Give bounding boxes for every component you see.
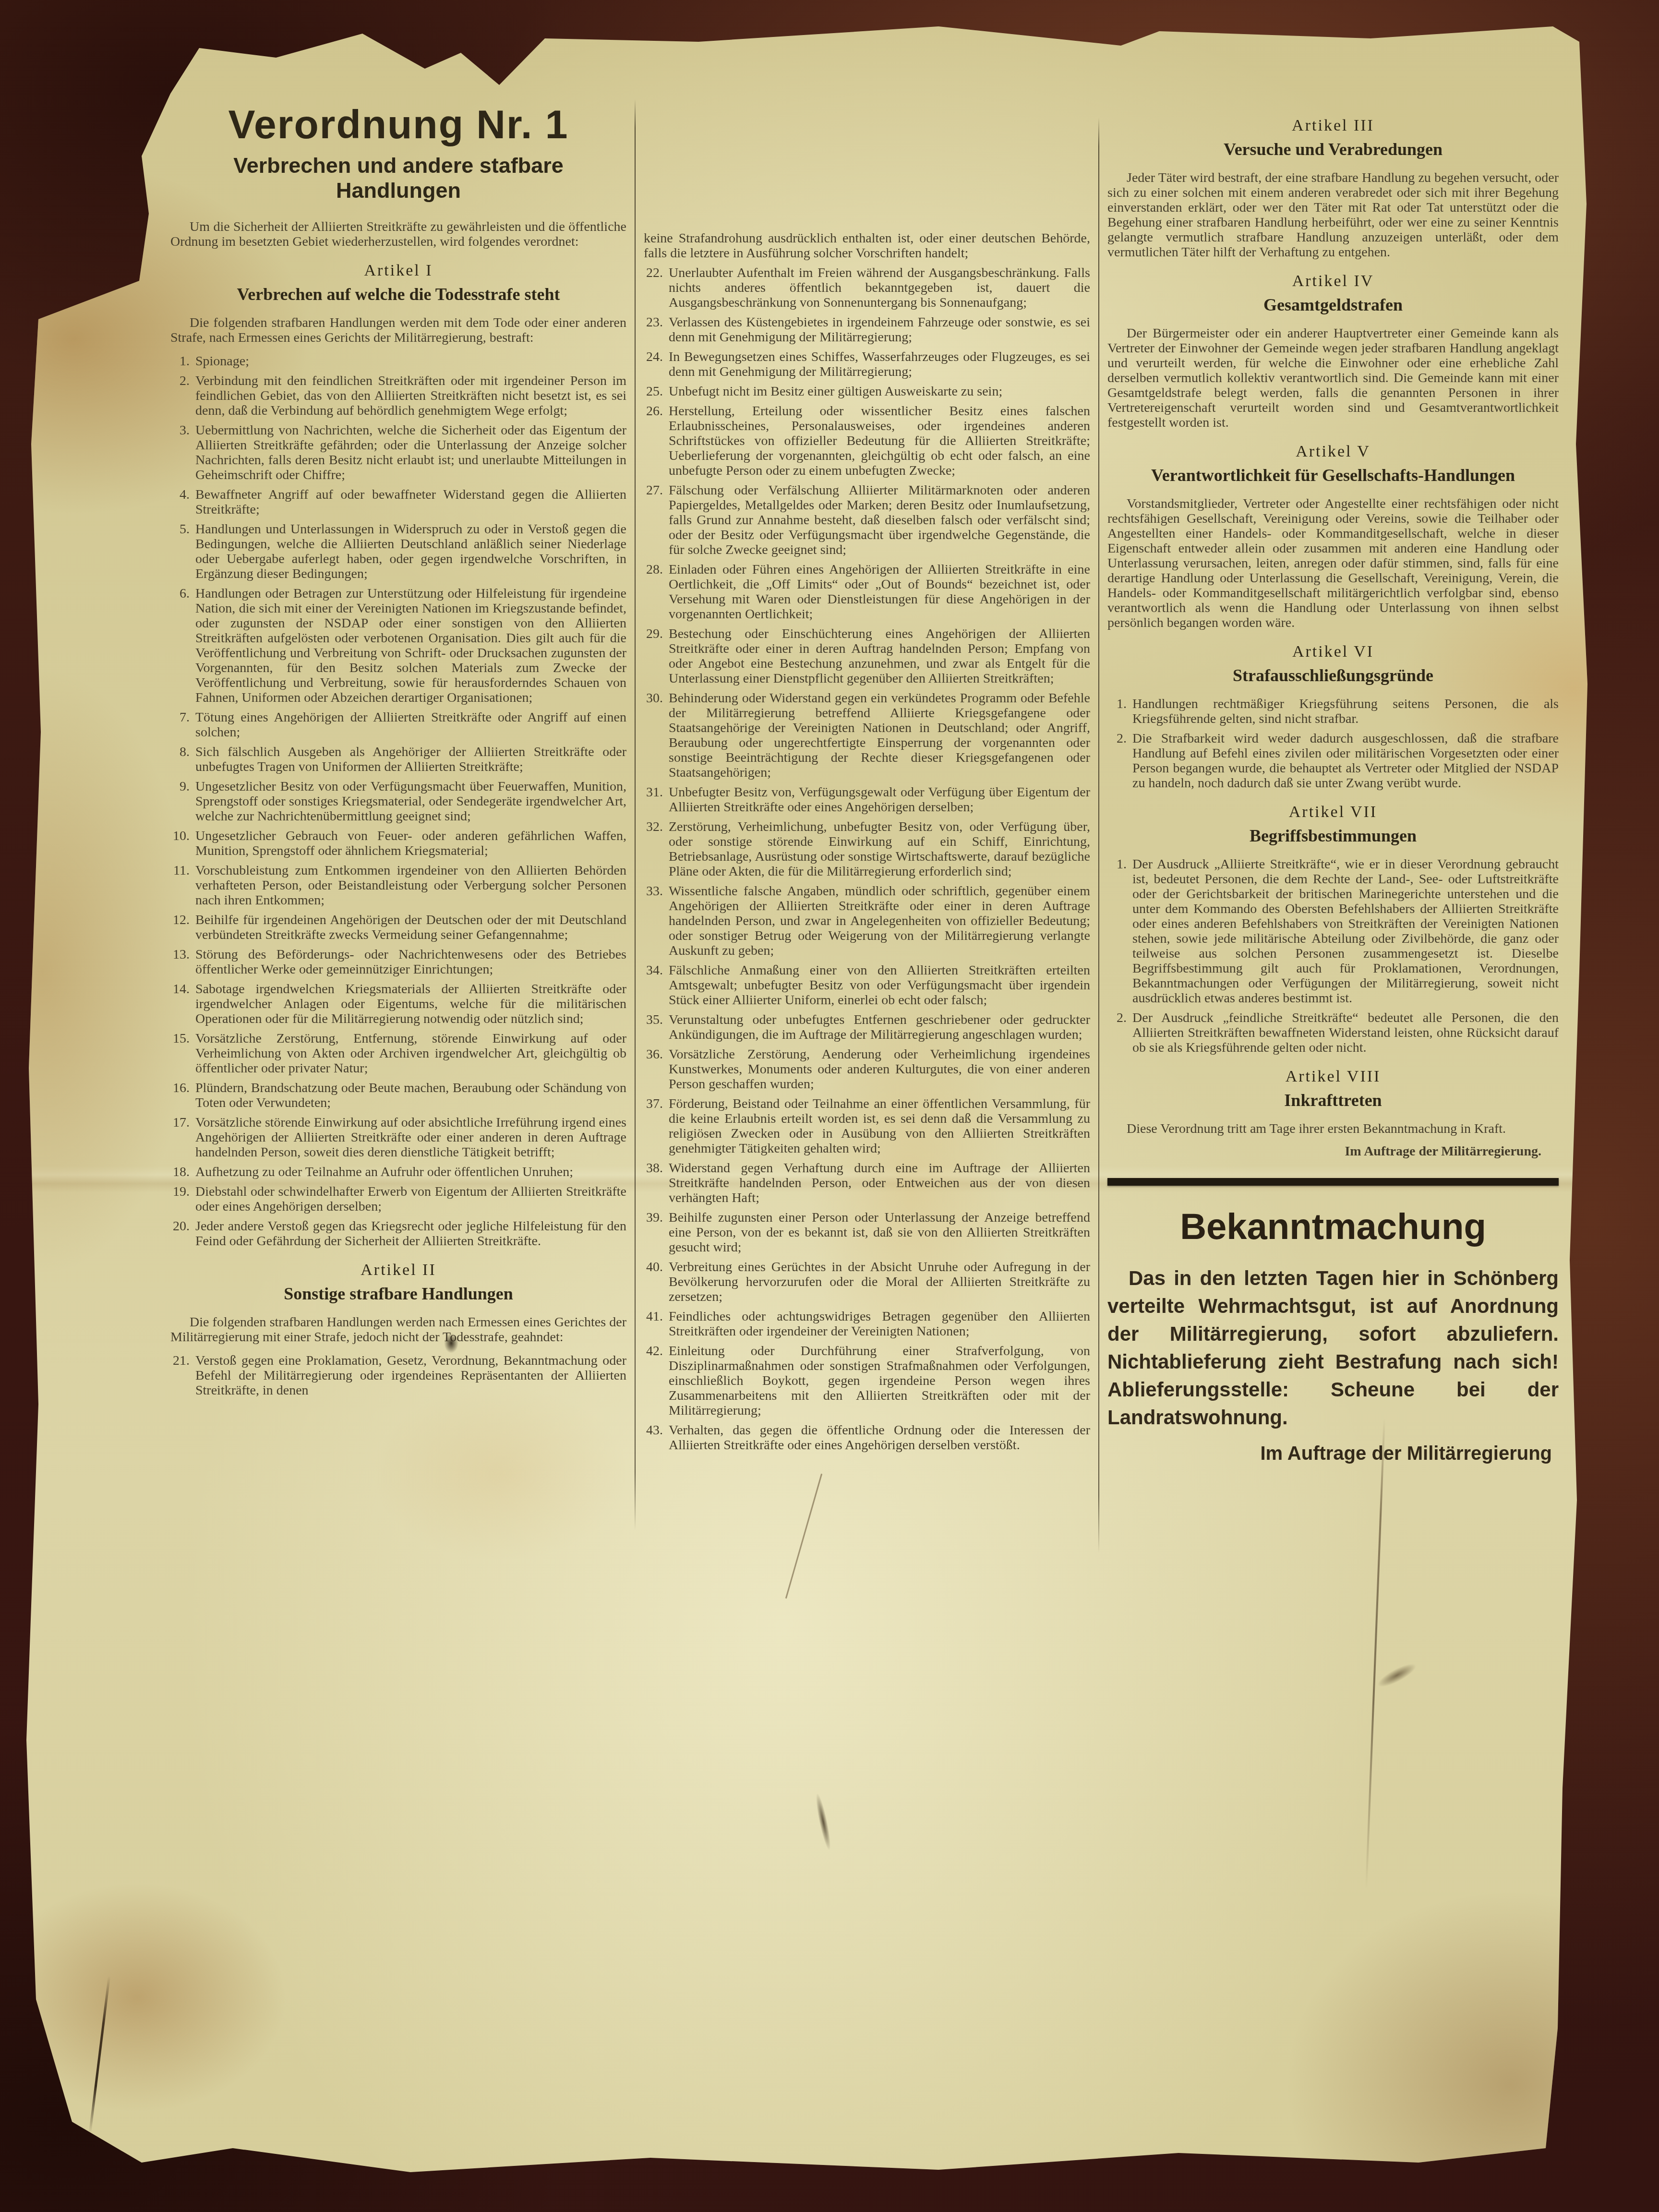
item-number: 12. [170, 913, 195, 942]
item-number: 37. [644, 1096, 669, 1156]
announcement-body: Das in den letzten Tagen hier in Schönbe… [1107, 1264, 1559, 1431]
article-8-body: Diese Verordnung tritt am Tage ihrer ers… [1107, 1121, 1559, 1136]
stain-mark [1375, 1659, 1419, 1691]
ordinance-item: 18. Aufhetzung zu oder Teilnahme an Aufr… [170, 1165, 626, 1179]
page-title: Verordnung Nr. 1 [170, 102, 626, 146]
ordinance-item: 35. Verunstaltung oder unbefugtes Entfer… [644, 1012, 1090, 1042]
ordinance-item: 2. Der Ausdruck „feindliche Streitkräfte… [1107, 1010, 1559, 1055]
ordinance-item: 36. Vorsätzliche Zerstörung, Aenderung o… [644, 1047, 1090, 1092]
item-21-continuation: keine Strafandrohung ausdrücklich enthal… [644, 231, 1090, 261]
item-number: 4. [170, 487, 195, 517]
announcement-title: Bekanntmachung [1107, 1207, 1559, 1247]
item-text: Ungesetzlicher Gebrauch von Feuer- oder … [195, 829, 626, 858]
ordinance-item: 5. Handlungen und Unterlassungen in Wide… [170, 522, 626, 581]
article-5-body: Vorstandsmitglieder, Vertreter oder Ange… [1107, 496, 1559, 630]
ordinance-item: 12. Beihilfe für irgendeinen Angehörigen… [170, 913, 626, 942]
item-number: 24. [644, 349, 669, 379]
article-1-heading: Artikel I [170, 262, 626, 280]
item-text: Jeder andere Verstoß gegen das Kriegsrec… [195, 1219, 626, 1249]
ordinance-item: 32. Zerstörung, Verheimlichung, unbefugt… [644, 819, 1090, 879]
ordinance-item: 31. Unbefugter Besitz von, Verfügungsgew… [644, 785, 1090, 815]
item-text: Aufhetzung zu oder Teilnahme an Aufruhr … [195, 1165, 626, 1179]
section-divider-rule [1107, 1178, 1559, 1186]
item-text: Unerlaubter Aufenthalt im Freien während… [669, 265, 1090, 310]
ordinance-item: 1. Spionage; [170, 354, 626, 369]
column-left: Verordnung Nr. 1 Verbrechen und andere s… [170, 74, 626, 1403]
item-number: 14. [170, 982, 195, 1026]
item-number: 25. [644, 384, 669, 399]
item-number: 27. [644, 483, 669, 557]
item-text: Tötung eines Angehörigen der Alliierten … [195, 710, 626, 740]
item-number: 11. [170, 863, 195, 908]
item-number: 20. [170, 1219, 195, 1249]
item-number: 9. [170, 779, 195, 824]
article-2-intro: Die folgenden strafbaren Handlungen werd… [170, 1315, 626, 1345]
item-number: 2. [1107, 731, 1132, 791]
ordinance-item: 37. Förderung, Beistand oder Teilnahme a… [644, 1096, 1090, 1156]
ordinance-item: 2. Verbindung mit den feindlichen Streit… [170, 373, 626, 418]
article-4-subheading: Gesamtgeldstrafen [1107, 295, 1559, 314]
item-text: Verunstaltung oder unbefugtes Entfernen … [669, 1012, 1090, 1042]
item-text: Der Ausdruck „feindliche Streitkräfte“ b… [1132, 1010, 1559, 1055]
ordinance-item: 39. Beihilfe zugunsten einer Person oder… [644, 1210, 1090, 1255]
item-text: Unbefugt nicht im Besitz einer gültigen … [669, 384, 1090, 399]
item-text: Plündern, Brandschatzung oder Beute mach… [195, 1081, 626, 1110]
article-7-item-list: 1. Der Ausdruck „Alliierte Streitkräfte“… [1107, 857, 1559, 1055]
item-number: 1. [1107, 857, 1132, 1006]
item-number: 1. [170, 354, 195, 369]
item-text: Störung des Beförderungs- oder Nachricht… [195, 947, 626, 977]
item-text: Handlungen oder Betragen zur Unterstützu… [195, 586, 626, 705]
document-paper: Verordnung Nr. 1 Verbrechen und andere s… [26, 12, 1606, 2194]
item-text: Handlungen rechtmäßiger Kriegsführung se… [1132, 697, 1559, 726]
ordinance-item: 3. Uebermittlung von Nachrichten, welche… [170, 423, 626, 482]
ordinance-item: 23. Verlassen des Küstengebietes in irge… [644, 315, 1090, 345]
item-text: Unbefugter Besitz von, Verfügungsgewalt … [669, 785, 1090, 815]
ordinance-item: 29. Bestechung oder Einschüchterung eine… [644, 626, 1090, 686]
item-text: Fälschliche Anmaßung einer von den Allii… [669, 963, 1090, 1008]
item-text: Verbindung mit den feindlichen Streitkrä… [195, 373, 626, 418]
article-2-heading: Artikel II [170, 1261, 626, 1279]
item-number: 29. [644, 626, 669, 686]
column-divider-right [1098, 118, 1099, 1553]
item-number: 7. [170, 710, 195, 740]
item-number: 22. [644, 265, 669, 310]
article-8-subheading: Inkrafttreten [1107, 1091, 1559, 1110]
ordinance-item: 16. Plündern, Brandschatzung oder Beute … [170, 1081, 626, 1110]
ordinance-item: 43. Verhalten, das gegen die öffentliche… [644, 1423, 1090, 1453]
ordinance-item: 27. Fälschung oder Verfälschung Alliiert… [644, 483, 1090, 557]
column-right: Artikel III Versuche und Verabredungen J… [1107, 74, 1559, 1484]
ordinance-item: 15. Vorsätzliche Zerstörung, Entfernung,… [170, 1031, 626, 1076]
ordinance-item: 25. Unbefugt nicht im Besitz einer gülti… [644, 384, 1090, 399]
item-number: 23. [644, 315, 669, 345]
item-text: Einladen oder Führen eines Angehörigen d… [669, 562, 1090, 622]
article-6-subheading: Strafausschließungsgründe [1107, 666, 1559, 685]
item-text: Uebermittlung von Nachrichten, welche di… [195, 423, 626, 482]
item-text: Der Ausdruck „Alliierte Streitkräfte“, w… [1132, 857, 1559, 1006]
ordinance-item: 10. Ungesetzlicher Gebrauch von Feuer- o… [170, 829, 626, 858]
ordinance-item: 1. Handlungen rechtmäßiger Kriegsführung… [1107, 697, 1559, 726]
ordinance-item: 26. Herstellung, Erteilung oder wissentl… [644, 404, 1090, 478]
article-6-heading: Artikel VI [1107, 643, 1559, 661]
ordinance-item: 17. Vorsätzliche störende Einwirkung auf… [170, 1115, 626, 1160]
item-text: Zerstörung, Verheimlichung, unbefugter B… [669, 819, 1090, 879]
ordinance-item: 14. Sabotage irgendwelchen Kriegsmateria… [170, 982, 626, 1026]
article-1-subheading: Verbrechen auf welche die Todesstrafe st… [170, 285, 626, 304]
item-number: 38. [644, 1161, 669, 1205]
article-3-heading: Artikel III [1107, 117, 1559, 135]
ordinance-item: 7. Tötung eines Angehörigen der Alliiert… [170, 710, 626, 740]
item-text: Spionage; [195, 354, 626, 369]
item-number: 34. [644, 963, 669, 1008]
column-divider-left [635, 99, 636, 1530]
item-number: 39. [644, 1210, 669, 1255]
ordinance-item: 2. Die Strafbarkeit wird weder dadurch a… [1107, 731, 1559, 791]
item-text: Vorsätzliche störende Einwirkung auf ode… [195, 1115, 626, 1160]
ordinance-item: 24. In Bewegungsetzen eines Schiffes, Wa… [644, 349, 1090, 379]
ordinance-item: 19. Diebstahl oder schwindelhafter Erwer… [170, 1184, 626, 1214]
middle-item-list: 22. Unerlaubter Aufenthalt im Freien wäh… [644, 265, 1090, 1453]
article-1-intro: Die folgenden strafbaren Handlungen werd… [170, 315, 626, 345]
item-text: Einleitung oder Durchführung einer Straf… [669, 1344, 1090, 1418]
ordinance-item: 21. Verstoß gegen eine Proklamation, Ges… [170, 1353, 626, 1398]
item-number: 15. [170, 1031, 195, 1076]
article-3-subheading: Versuche und Verabredungen [1107, 140, 1559, 159]
item-number: 28. [644, 562, 669, 622]
item-text: Widerstand gegen Verhaftung durch eine i… [669, 1161, 1090, 1205]
item-text: Bewaffneter Angriff auf oder bewaffneter… [195, 487, 626, 517]
article-5-heading: Artikel V [1107, 443, 1559, 461]
item-number: 30. [644, 691, 669, 780]
ordinance-item: 30. Behinderung oder Widerstand gegen ei… [644, 691, 1090, 780]
item-text: Bestechung oder Einschüchterung eines An… [669, 626, 1090, 686]
article-4-body: Der Bürgermeister oder ein anderer Haupt… [1107, 326, 1559, 430]
ordinance-item: 34. Fälschliche Anmaßung einer von den A… [644, 963, 1090, 1008]
item-text: Die Strafbarkeit wird weder dadurch ausg… [1132, 731, 1559, 791]
article-5-subheading: Verantwortlichkeit für Gesellschafts-Han… [1107, 466, 1559, 485]
item-text: Verbreitung eines Gerüchtes in der Absic… [669, 1260, 1090, 1304]
item-number: 6. [170, 586, 195, 705]
ordinance-item: 8. Sich fälschlich Ausgeben als Angehöri… [170, 745, 626, 774]
item-text: Sich fälschlich Ausgeben als Angehöriger… [195, 745, 626, 774]
item-text: Herstellung, Erteilung oder wissentliche… [669, 404, 1090, 478]
ordinance-document: Verordnung Nr. 1 Verbrechen und andere s… [170, 74, 1567, 1553]
ordinance-item: 42. Einleitung oder Durchführung einer S… [644, 1344, 1090, 1418]
item-number: 43. [644, 1423, 669, 1453]
item-text: Diebstahl oder schwindelhafter Erwerb vo… [195, 1184, 626, 1214]
item-number: 21. [170, 1353, 195, 1398]
item-text: Wissentliche falsche Angaben, mündlich o… [669, 884, 1090, 958]
item-text: Behinderung oder Widerstand gegen ein ve… [669, 691, 1090, 780]
ordinance-item: 38. Widerstand gegen Verhaftung durch ei… [644, 1161, 1090, 1205]
item-number: 17. [170, 1115, 195, 1160]
column-middle: keine Strafandrohung ausdrücklich enthal… [644, 74, 1090, 1457]
item-number: 16. [170, 1081, 195, 1110]
item-text: Vorsätzliche Zerstörung, Entfernung, stö… [195, 1031, 626, 1076]
item-number: 31. [644, 785, 669, 815]
item-text: Sabotage irgendwelchen Kriegsmaterials d… [195, 982, 626, 1026]
ordinance-item: 41. Feindliches oder achtungswidriges Be… [644, 1309, 1090, 1339]
item-number: 5. [170, 522, 195, 581]
item-number: 32. [644, 819, 669, 879]
item-number: 2. [1107, 1010, 1132, 1055]
announcement-signature: Im Auftrage der Militärregierung [1107, 1442, 1559, 1465]
ink-blot [444, 1333, 458, 1353]
ordinance-item: 13. Störung des Beförderungs- oder Nachr… [170, 947, 626, 977]
item-number: 35. [644, 1012, 669, 1042]
item-text: Verstoß gegen eine Proklamation, Gesetz,… [195, 1353, 626, 1398]
ordinance-item: 20. Jeder andere Verstoß gegen das Krieg… [170, 1219, 626, 1249]
article-6-item-list: 1. Handlungen rechtmäßiger Kriegsführung… [1107, 697, 1559, 791]
article-3-body: Jeder Täter wird bestraft, der eine stra… [1107, 170, 1559, 260]
item-number: 36. [644, 1047, 669, 1092]
item-number: 41. [644, 1309, 669, 1339]
ordinance-item: 33. Wissentliche falsche Angaben, mündli… [644, 884, 1090, 958]
item-text: In Bewegungsetzen eines Schiffes, Wasser… [669, 349, 1090, 379]
article-2-subheading: Sonstige strafbare Handlungen [170, 1284, 626, 1303]
ordinance-item: 40. Verbreitung eines Gerüchtes in der A… [644, 1260, 1090, 1304]
article-1-item-list: 1. Spionage; 2. Verbindung mit den feind… [170, 354, 626, 1249]
item-number: 8. [170, 745, 195, 774]
item-number: 33. [644, 884, 669, 958]
ordinance-item: 6. Handlungen oder Betragen zur Unterstü… [170, 586, 626, 705]
item-text: Beihilfe zugunsten einer Person oder Unt… [669, 1210, 1090, 1255]
article-8-signature: Im Auftrage der Militärregierung. [1107, 1144, 1559, 1159]
article-8-heading: Artikel VIII [1107, 1068, 1559, 1086]
item-text: Verlassen des Küstengebietes in irgendei… [669, 315, 1090, 345]
item-text: Feindliches oder achtungswidriges Betrag… [669, 1309, 1090, 1339]
item-number: 2. [170, 373, 195, 418]
article-2-item-list: 21. Verstoß gegen eine Proklamation, Ges… [170, 1353, 626, 1398]
item-number: 10. [170, 829, 195, 858]
photo-background: Verordnung Nr. 1 Verbrechen und andere s… [0, 0, 1659, 2212]
item-number: 18. [170, 1165, 195, 1179]
item-number: 40. [644, 1260, 669, 1304]
article-4-heading: Artikel IV [1107, 272, 1559, 290]
item-number: 13. [170, 947, 195, 977]
item-number: 19. [170, 1184, 195, 1214]
paper-tear-line [89, 1976, 110, 2133]
ordinance-item: 11. Vorschubleistung zum Entkommen irgen… [170, 863, 626, 908]
item-number: 26. [644, 404, 669, 478]
item-text: Vorschubleistung zum Entkommen irgendein… [195, 863, 626, 908]
preamble-paragraph: Um die Sicherheit der Alliierten Streitk… [170, 219, 626, 249]
ordinance-item: 1. Der Ausdruck „Alliierte Streitkräfte“… [1107, 857, 1559, 1006]
ordinance-item: 4. Bewaffneter Angriff auf oder bewaffne… [170, 487, 626, 517]
article-7-heading: Artikel VII [1107, 803, 1559, 821]
item-text: Fälschung oder Verfälschung Alliierter M… [669, 483, 1090, 557]
item-text: Verhalten, das gegen die öffentliche Ord… [669, 1423, 1090, 1453]
item-text: Vorsätzliche Zerstörung, Aenderung oder … [669, 1047, 1090, 1092]
item-number: 42. [644, 1344, 669, 1418]
item-text: Handlungen und Unterlassungen in Widersp… [195, 522, 626, 581]
ordinance-item: 22. Unerlaubter Aufenthalt im Freien wäh… [644, 265, 1090, 310]
item-number: 1. [1107, 697, 1132, 726]
item-text: Beihilfe für irgendeinen Angehörigen der… [195, 913, 626, 942]
ordinance-item: 28. Einladen oder Führen eines Angehörig… [644, 562, 1090, 622]
page-subtitle: Verbrechen und andere stafbare Handlunge… [170, 153, 626, 203]
item-text: Ungesetzlicher Besitz von oder Verfügung… [195, 779, 626, 824]
item-number: 3. [170, 423, 195, 482]
article-7-subheading: Begriffsbestimmungen [1107, 826, 1559, 845]
item-text: Förderung, Beistand oder Teilnahme an ei… [669, 1096, 1090, 1156]
ordinance-item: 9. Ungesetzlicher Besitz von oder Verfüg… [170, 779, 626, 824]
ink-blot [814, 1793, 833, 1851]
